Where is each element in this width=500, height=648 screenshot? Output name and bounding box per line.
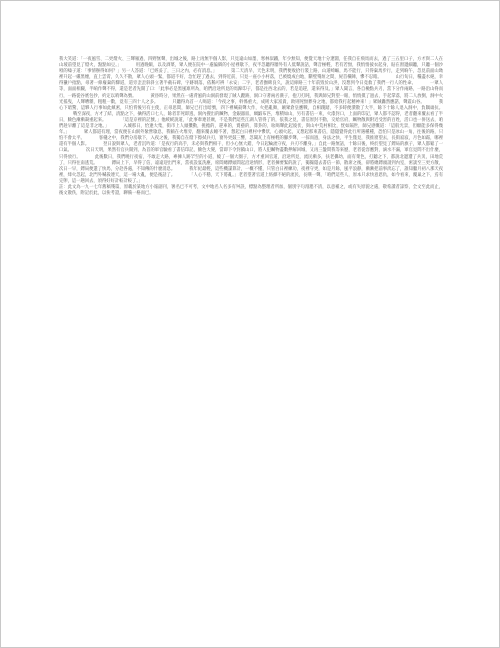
paragraph-gap — [70, 132, 84, 133]
text-paragraph: 只聽得為首一人喝道：「今夜之事，幹係重大，成則大家富貴，敗則死無葬身之地，都給我… — [172, 99, 424, 104]
paragraph-gap — [98, 163, 112, 164]
novel-text-block: 我大笑道：「一夜風雪、二更燈火、三聲雁過、四野無聲，出城之後，路上再無半個人影，… — [59, 56, 443, 196]
paragraph-gap — [158, 102, 172, 103]
paragraph-gap — [122, 65, 136, 66]
paragraph-gap — [425, 102, 439, 103]
footnote-paragraph: 註：此文為一九一七年舊稿殘篇，原載於某地方小報副刊，署名已不可考，文中地名人名多… — [59, 184, 443, 196]
paragraph-gap — [136, 96, 150, 97]
paragraph-gap — [217, 71, 231, 72]
paragraph-gap — [175, 175, 189, 176]
document-page: 我大笑道：「一夜風雪、二更燈火、三聲雁過、四野無聲，出城之後，路上再無半個人影，… — [0, 0, 500, 648]
paragraph-gap — [89, 144, 103, 145]
paragraph-gap — [72, 150, 86, 151]
paragraph-gap — [81, 157, 95, 158]
paragraph-gap — [109, 126, 123, 127]
paragraph-gap — [59, 114, 73, 115]
paragraph-gap — [416, 83, 430, 84]
paragraph-gap — [382, 77, 396, 78]
paragraph-gap — [175, 169, 189, 170]
paragraph-gap — [85, 138, 99, 139]
paragraph-gap — [106, 120, 120, 121]
